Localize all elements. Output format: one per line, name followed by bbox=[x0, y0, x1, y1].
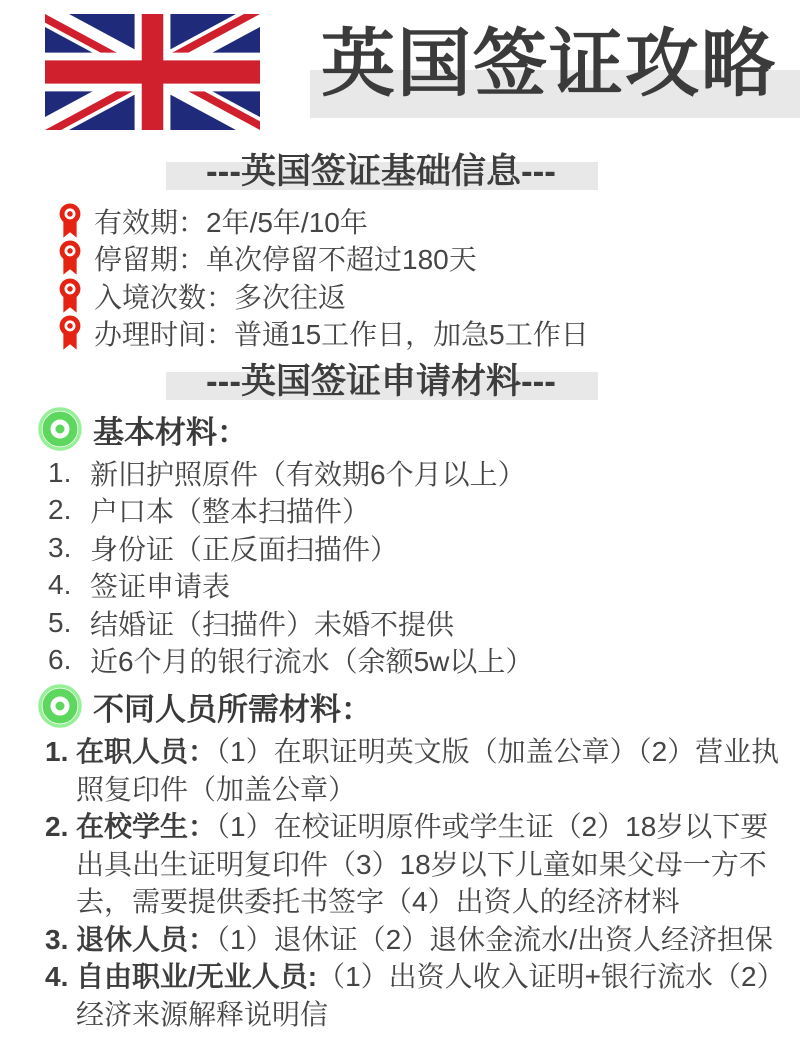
section-heading-text: ---英国签证申请材料--- bbox=[0, 358, 762, 406]
item-number: 2. bbox=[45, 808, 76, 921]
list-item: 1. 新旧护照原件（有效期6个月以上） bbox=[0, 454, 800, 492]
target-icon bbox=[38, 684, 82, 728]
item-label: 退休人员： bbox=[76, 924, 216, 955]
ribbon-badge-icon bbox=[57, 315, 83, 351]
subsection-title: 基本材料： bbox=[93, 407, 248, 452]
item-number: 6. bbox=[48, 644, 90, 676]
list-item: 3. 退休人员：（1）退休证（2）退休金流水/出资人经济担保 bbox=[0, 921, 782, 959]
header: 英国签证攻略 bbox=[0, 0, 800, 148]
ribbon-badge-icon bbox=[57, 278, 83, 314]
item-number: 3. bbox=[48, 532, 90, 564]
item-text: 退休人员：（1）退休证（2）退休金流水/出资人经济担保 bbox=[76, 921, 773, 959]
list-item: 5. 结婚证（扫描件）未婚不提供 bbox=[0, 604, 800, 642]
item-number: 5. bbox=[48, 607, 90, 639]
section-heading-basic-info: ---英国签证基础信息--- bbox=[0, 148, 800, 196]
list-item: 入境次数：多次往返 bbox=[0, 277, 800, 315]
list-item: 2. 户口本（整本扫描件） bbox=[0, 492, 800, 530]
item-text: 有效期：2年/5年/10年 bbox=[94, 201, 368, 241]
subsection-title: 不同人员所需材料： bbox=[93, 684, 372, 729]
item-label: 在职人员： bbox=[76, 736, 216, 767]
subsection-person-materials: 不同人员所需材料： bbox=[0, 683, 800, 729]
subsection-basic-materials: 基本材料： bbox=[0, 406, 800, 452]
section-heading-materials: ---英国签证申请材料--- bbox=[0, 358, 800, 406]
item-detail: （1）退休证（2）退休金流水/出资人经济担保 bbox=[216, 924, 773, 955]
ribbon-badge-icon bbox=[57, 203, 83, 239]
item-text: 结婚证（扫描件）未婚不提供 bbox=[90, 603, 454, 643]
item-text: 户口本（整本扫描件） bbox=[90, 490, 370, 530]
ribbon-badge-icon bbox=[57, 240, 83, 276]
item-text: 在校学生：（1）在校证明原件或学生证（2）18岁以下要出具出生证明复印件（3）1… bbox=[76, 808, 782, 921]
target-icon bbox=[38, 407, 82, 451]
list-item: 2. 在校学生：（1）在校证明原件或学生证（2）18岁以下要出具出生证明复印件（… bbox=[0, 808, 782, 921]
list-item: 办理时间：普通15工作日，加急5工作日 bbox=[0, 315, 800, 353]
item-text: 身份证（正反面扫描件） bbox=[90, 528, 398, 568]
item-number: 3. bbox=[45, 921, 76, 959]
list-item: 4. 自由职业/无业人员:（1）出资人收入证明+银行流水（2）经济来源解释说明信 bbox=[0, 958, 782, 1033]
item-number: 2. bbox=[48, 494, 90, 526]
list-item: 6. 近6个月的银行流水（余额5w以上） bbox=[0, 642, 800, 680]
infographic-page: 英国签证攻略 ---英国签证基础信息--- 有效期：2年/5年/10年 bbox=[0, 0, 800, 1048]
list-item: 4. 签证申请表 bbox=[0, 567, 800, 605]
basic-info-list: 有效期：2年/5年/10年 停留期：单次停留不超过180天 bbox=[0, 202, 800, 352]
item-label: 在校学生： bbox=[76, 811, 216, 842]
list-item: 1. 在职人员：（1）在职证明英文版（加盖公章）（2）营业执照复印件（加盖公章） bbox=[0, 733, 782, 808]
list-item: 3. 身份证（正反面扫描件） bbox=[0, 529, 800, 567]
list-item: 停留期：单次停留不超过180天 bbox=[0, 240, 800, 278]
section-heading-text: ---英国签证基础信息--- bbox=[0, 148, 762, 196]
item-text: 入境次数：多次往返 bbox=[94, 276, 346, 316]
item-text: 停留期：单次停留不超过180天 bbox=[94, 238, 477, 278]
item-text: 在职人员：（1）在职证明英文版（加盖公章）（2）营业执照复印件（加盖公章） bbox=[76, 733, 782, 808]
uk-flag-icon bbox=[45, 14, 260, 130]
item-number: 1. bbox=[45, 733, 76, 808]
item-number: 4. bbox=[45, 958, 76, 1033]
person-materials-list: 1. 在职人员：（1）在职证明英文版（加盖公章）（2）营业执照复印件（加盖公章）… bbox=[0, 733, 800, 1033]
item-number: 4. bbox=[48, 569, 90, 601]
list-item: 有效期：2年/5年/10年 bbox=[0, 202, 800, 240]
item-label: 自由职业/无业人员: bbox=[76, 961, 317, 992]
item-text: 近6个月的银行流水（余额5w以上） bbox=[90, 640, 533, 680]
item-text: 办理时间：普通15工作日，加急5工作日 bbox=[94, 313, 589, 353]
item-text: 自由职业/无业人员:（1）出资人收入证明+银行流水（2）经济来源解释说明信 bbox=[76, 958, 782, 1033]
item-number: 1. bbox=[48, 457, 90, 489]
item-text: 签证申请表 bbox=[90, 565, 230, 605]
item-text: 新旧护照原件（有效期6个月以上） bbox=[90, 453, 526, 493]
page-title: 英国签证攻略 bbox=[308, 16, 790, 112]
basic-materials-list: 1. 新旧护照原件（有效期6个月以上） 2. 户口本（整本扫描件） 3. 身份证… bbox=[0, 454, 800, 679]
